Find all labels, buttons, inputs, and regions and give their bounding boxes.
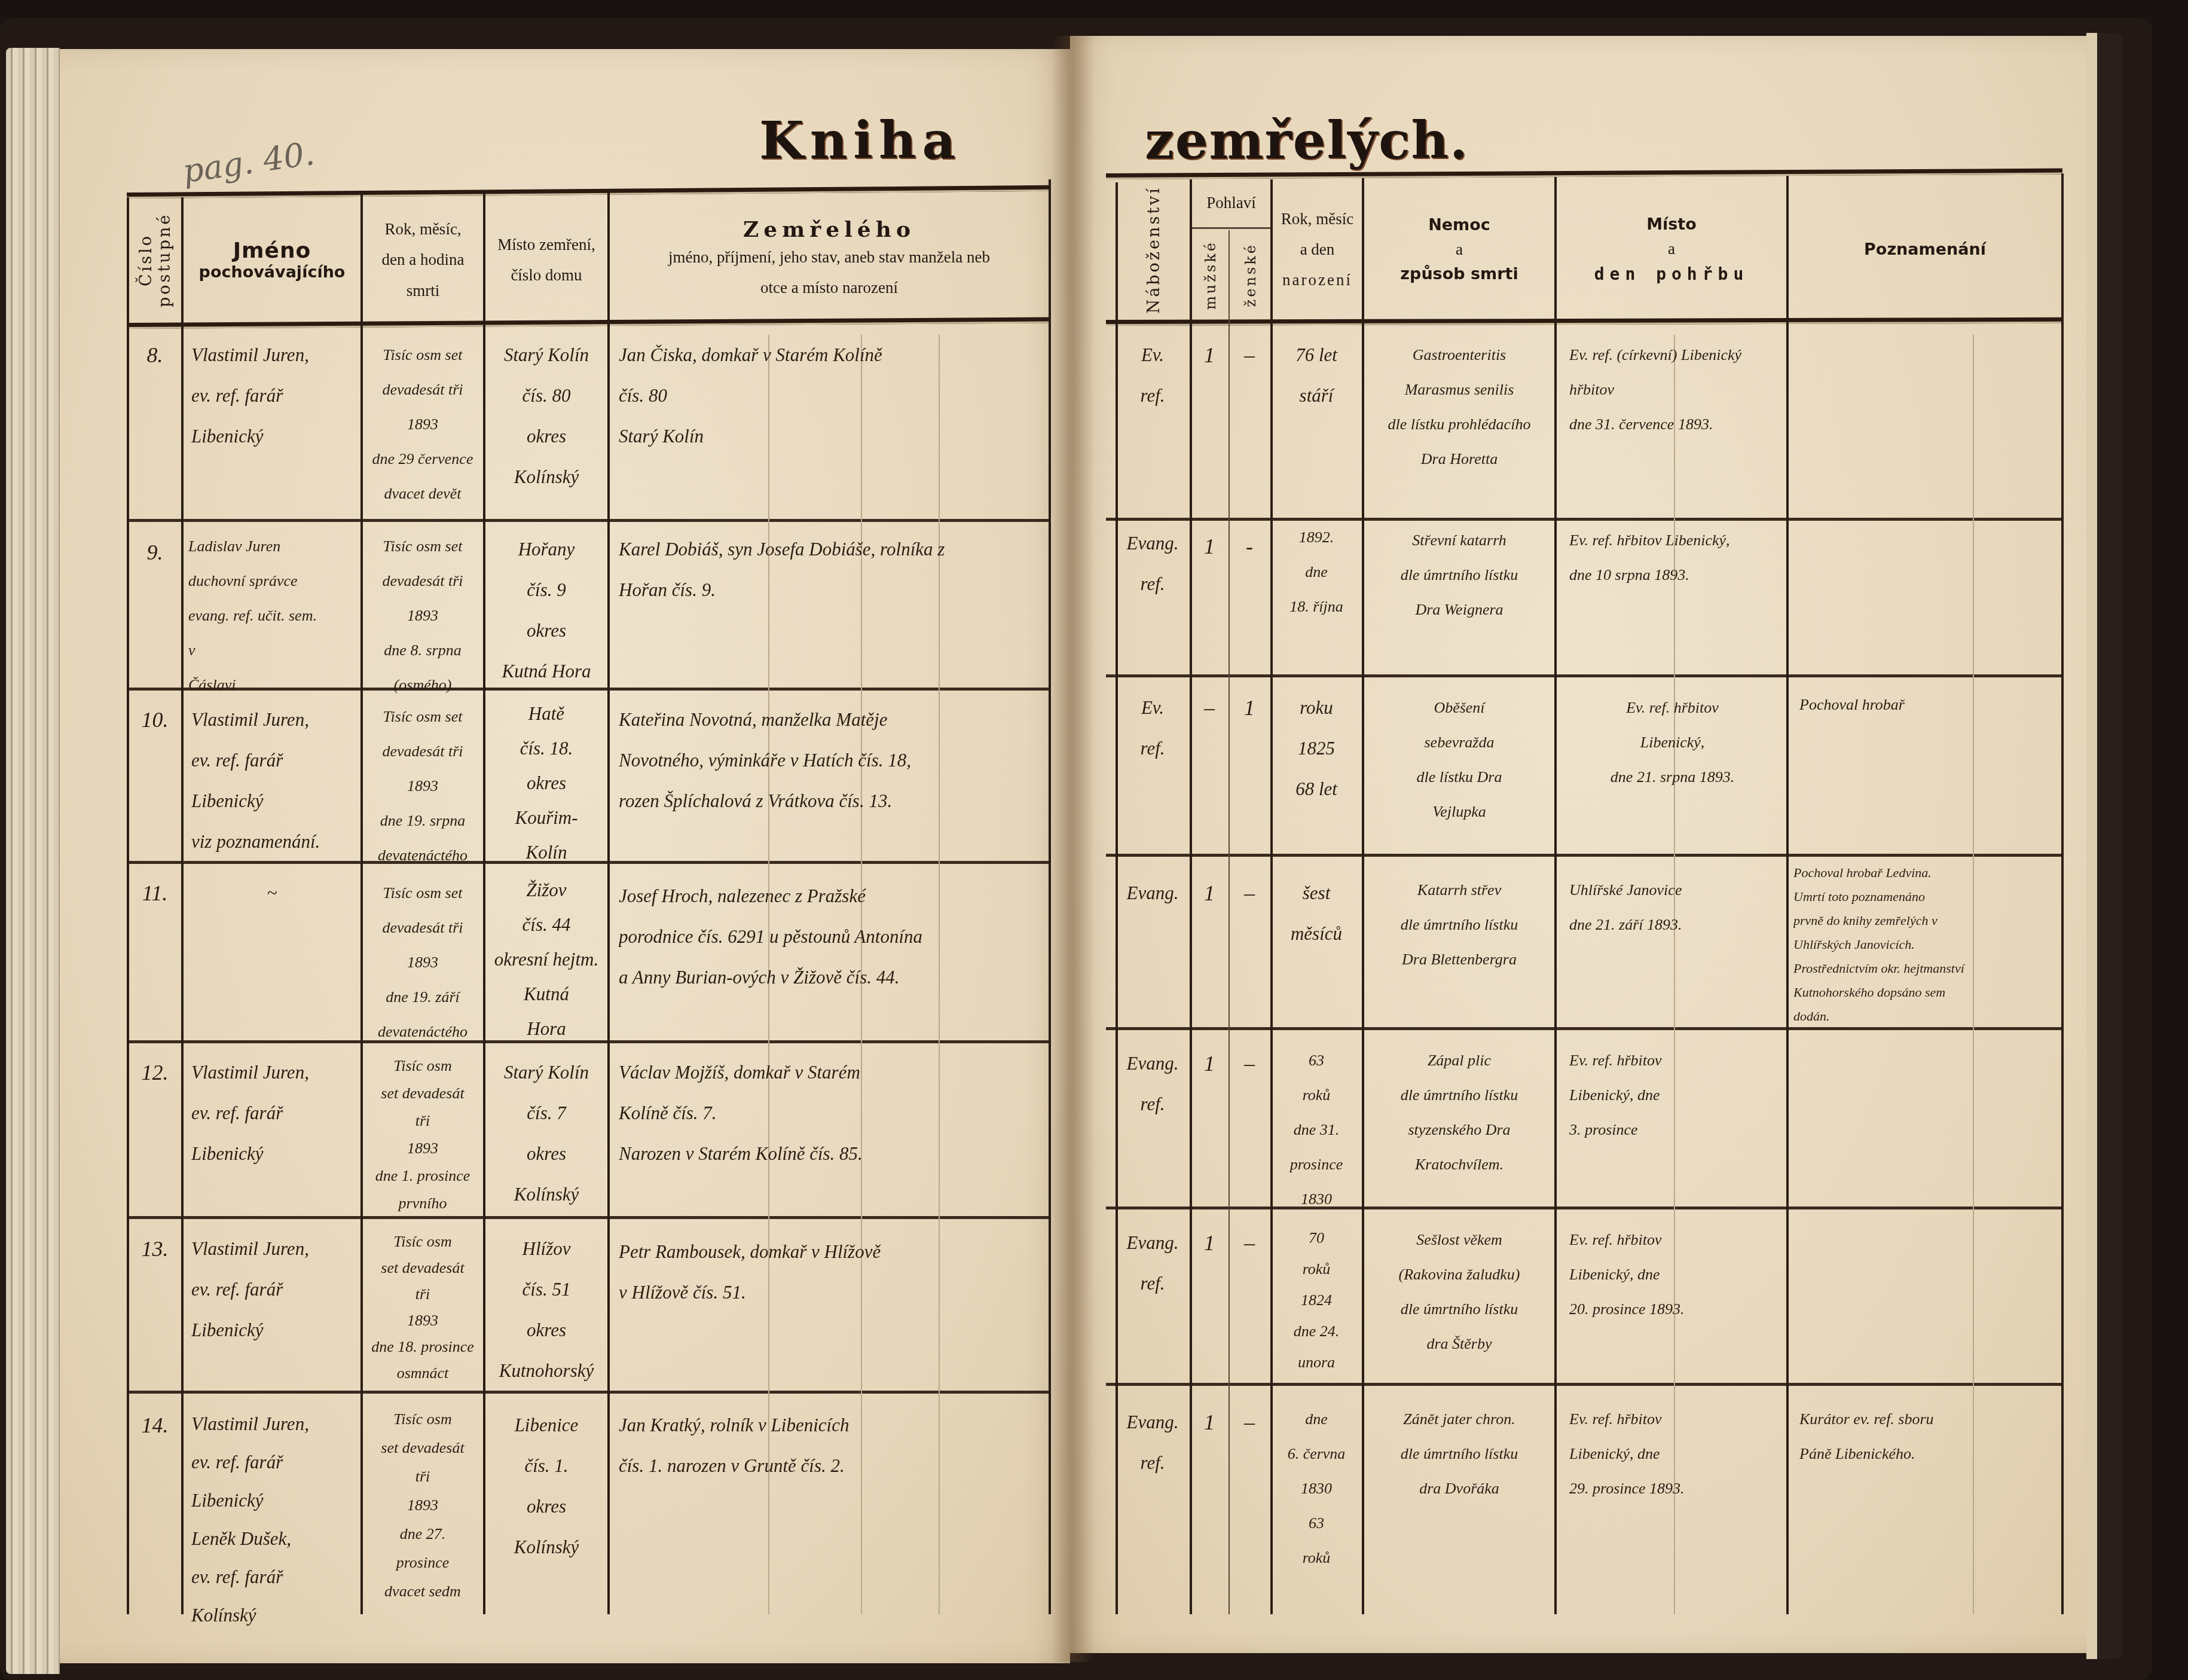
entry-male: 1	[1191, 1402, 1228, 1443]
entry-female: –	[1230, 1223, 1269, 1263]
header-misto-a: a	[1668, 234, 1675, 264]
header-zemreleho-2: otce a místo narození	[760, 273, 898, 303]
header-zemreleho: Zemřelého jméno, příjmení, jeho stav, an…	[610, 197, 1049, 323]
header-rok-3: smrti	[407, 276, 440, 306]
header-zemreleho-title: Zemřelého	[743, 217, 915, 242]
entry-male: 1	[1191, 526, 1228, 567]
entry-burial: Uhlířské Janovice dne 21. září 1893.	[1569, 873, 1784, 942]
header-datum-smrti: Rok, měsíc, den a hodina smrti	[363, 197, 483, 323]
entry-officiant: Vlastimil Juren, ev. ref. farář Libenick…	[191, 1052, 362, 1174]
entry-male: 1	[1191, 1043, 1228, 1084]
entry-burial: Ev. ref. hřbitov Libenický, dne 29. pros…	[1569, 1402, 1784, 1506]
header-jmeno-title: Jméno	[233, 239, 311, 263]
header-zenske-label: ženské	[1242, 243, 1259, 307]
entry-deceased: Václav Mojžíš, domkař v Starém Kolíně čí…	[619, 1052, 1046, 1174]
header-poznamenani-label: Poznamenání	[1864, 240, 1986, 259]
entry-remarks: Pochoval hrobař	[1799, 688, 2059, 722]
header-muzske: mužské	[1192, 230, 1229, 320]
entry-male: 1	[1191, 1223, 1228, 1263]
entry-death-date: Tisíc osm set devadesát tři 1893 dne 19.…	[363, 876, 482, 1049]
entry-death-date: Tisíc osm set devadesát tři 1893 dne 1. …	[363, 1052, 482, 1217]
entry-religion: Evang. ref.	[1117, 1043, 1188, 1125]
entry-deceased: Karel Dobiáš, syn Josefa Dobiáše, rolník…	[619, 529, 1046, 610]
entry-number: 12.	[129, 1052, 181, 1093]
entry-number: 14.	[129, 1405, 181, 1446]
entry-death-date: Tisíc osm set devadesát tři 1893 dne 29 …	[363, 338, 482, 511]
header-pohlavi: Pohlaví	[1192, 179, 1270, 227]
entry-deceased: Jan Kratký, rolník v Libenicích čís. 1. …	[619, 1405, 1046, 1486]
entry-female: –	[1230, 1402, 1269, 1443]
entry-death-date: Tisíc osm set devadesát tři 1893 dne 18.…	[363, 1229, 482, 1386]
page-stack-right-edge	[2086, 33, 2122, 1659]
header-nemoc-sub: způsob smrti	[1400, 265, 1518, 283]
entry-male: 1	[1191, 873, 1228, 914]
entry-birth-date: dne 6. června 1830 63 roků	[1272, 1402, 1361, 1575]
entry-female: –	[1230, 1043, 1269, 1084]
header-nabozenstvi: Náboženství	[1118, 179, 1190, 320]
entry-death-date: Tisíc osm set devadesát tři 1893 dne 27.…	[363, 1405, 482, 1606]
header-rok-narozeni-1: Rok, měsíc	[1281, 204, 1354, 234]
entry-burial: Ev. ref. (církevní) Libenický hřbitov dn…	[1569, 338, 1784, 442]
header-zemreleho-1: jméno, příjmení, jeho stav, aneb stav ma…	[668, 242, 990, 273]
entry-deceased: Kateřina Novotná, manželka Matěje Novotn…	[619, 700, 1046, 821]
page-stack-left-edge	[6, 48, 60, 1674]
entry-deceased: Josef Hroch, nalezenec z Pražské porodni…	[619, 876, 1046, 998]
entry-death-place: Starý Kolín čís. 7 okres Kolínský	[485, 1052, 607, 1215]
entry-officiant: Ladislav Juren duchovní správce evang. r…	[188, 529, 360, 702]
entry-death-place: Hořany čís. 9 okres Kutná Hora	[485, 529, 607, 692]
book-gutter	[1052, 36, 1094, 1662]
entry-disease: Zápal plic dle úmrtního lístku styzenské…	[1364, 1043, 1554, 1182]
header-nemoc: Nemoc a způsob smrti	[1364, 179, 1554, 320]
header-pohlavi-label: Pohlaví	[1206, 188, 1256, 218]
entry-disease: Oběšení sebevražda dle lístku Dra Vejlup…	[1364, 691, 1554, 829]
entry-number: 8.	[129, 335, 181, 375]
title-kniha: Kniha	[759, 111, 961, 171]
entry-birth-date: 70 roků 1824 dne 24. unora	[1272, 1223, 1361, 1378]
header-cislo-postupne: Číslo postupné	[129, 197, 181, 323]
entry-birth-date: 1892. dne 18. října	[1272, 520, 1361, 624]
entry-death-place: Hlížov čís. 51 okres Kutnohorský	[485, 1229, 607, 1391]
header-rok-2: den a hodina	[382, 245, 465, 275]
header-muzske-label: mužské	[1202, 240, 1219, 310]
entry-female: –	[1230, 335, 1269, 375]
entry-religion: Ev. ref.	[1117, 335, 1188, 416]
header-misto-zemreni: Místo zemření, číslo domu	[485, 197, 607, 323]
entry-officiant: Vlastimil Juren, ev. ref. farář Libenick…	[191, 1229, 362, 1351]
entry-number: 13.	[129, 1229, 181, 1269]
entry-disease: Střevní katarrh dle úmrtního lístku Dra …	[1364, 523, 1554, 627]
header-misto-1: Místo zemření,	[497, 230, 595, 260]
header-rok-narozeni-3: narození	[1282, 265, 1352, 295]
header-misto-sub: den pohřbu	[1594, 264, 1749, 284]
entry-burial: Ev. ref. hřbitov Libenický, dne 21. srpn…	[1560, 691, 1784, 795]
entry-burial: Ev. ref. hřbitov Libenický, dne 20. pros…	[1569, 1223, 1784, 1327]
entry-birth-date: šest měsíců	[1272, 873, 1361, 954]
entry-remarks: Pochoval hrobař Ledvina. Umrtí toto pozn…	[1793, 861, 2059, 1028]
header-jmeno-sub: pochovávajícího	[199, 263, 346, 282]
entry-death-place: Hatě čís. 18. okres Kouřim- Kolín	[485, 697, 607, 870]
entry-number: 10.	[129, 700, 181, 740]
entry-officiant: ~	[185, 873, 359, 914]
entry-officiant: Vlastimil Juren, ev. ref. farář Libenick…	[191, 335, 362, 457]
header-poznamenani: Poznamenání	[1789, 179, 2061, 320]
entry-deceased: Jan Čiska, domkař v Starém Kolíně čís. 8…	[619, 335, 1046, 457]
entry-deceased: Petr Rambousek, domkař v Hlížově v Hlížo…	[619, 1232, 1046, 1313]
entry-death-date: Tisíc osm set devadesát tři 1893 dne 19.…	[363, 700, 482, 873]
entry-number: 11.	[129, 873, 181, 914]
entry-disease: Katarrh střev dle úmrtního lístku Dra Bl…	[1364, 873, 1554, 977]
entry-religion: Evang.	[1117, 873, 1188, 914]
entry-death-place: Starý Kolín čís. 80 okres Kolínský	[485, 335, 607, 497]
entry-number: 9.	[129, 532, 181, 573]
entry-death-place: Libenice čís. 1. okres Kolínský	[485, 1405, 607, 1568]
entry-officiant: Vlastimil Juren, ev. ref. farář Libenick…	[191, 700, 362, 862]
entry-disease: Gastroenteritis Marasmus senilis dle lís…	[1364, 338, 1554, 476]
header-misto-2: číslo domu	[511, 260, 582, 291]
header-misto-pohrbu: Místo a den pohřbu	[1557, 179, 1786, 320]
entry-birth-date: 76 let stáří	[1272, 335, 1361, 416]
entry-religion: Evang. ref.	[1117, 1402, 1188, 1483]
header-jmeno-pochovavajiciho: Jméno pochovávajícího	[184, 197, 360, 323]
entry-death-place: Žižov čís. 44 okresní hejtm. Kutná Hora	[485, 873, 607, 1046]
entry-religion: Evang. ref.	[1117, 523, 1188, 604]
entry-burial: Ev. ref. hřbitov Libenický, dne 3. prosi…	[1569, 1043, 1784, 1147]
header-rok-1: Rok, měsíc,	[384, 214, 461, 245]
entry-male: 1	[1191, 335, 1228, 375]
entry-death-date: Tisíc osm set devadesát tři 1893 dne 8. …	[363, 529, 482, 702]
entry-male: –	[1191, 688, 1228, 728]
entry-disease: Zánět jater chron. dle úmrtního lístku d…	[1364, 1402, 1554, 1506]
entry-disease: Sešlost věkem (Rakovina žaludku) dle úmr…	[1364, 1223, 1554, 1361]
header-cislo-label: Číslo postupné	[137, 197, 174, 323]
entry-religion: Ev. ref.	[1117, 688, 1188, 769]
entry-burial: Ev. ref. hřbitov Libenický, dne 10 srpna…	[1569, 523, 1784, 592]
entry-birth-date: roku 1825 68 let	[1272, 688, 1361, 810]
header-datum-narozeni: Rok, měsíc a den narození	[1273, 179, 1362, 320]
entry-female: -	[1230, 526, 1269, 567]
entry-female: 1	[1230, 688, 1269, 728]
title-zemrelych: zemřelých.	[1145, 111, 1469, 171]
entry-officiant: Vlastimil Juren, ev. ref. farář Libenick…	[191, 1405, 362, 1635]
entry-religion: Evang. ref.	[1117, 1223, 1188, 1304]
header-rok-narozeni-2: a den	[1300, 234, 1335, 265]
entry-birth-date: 63 roků dne 31. prosince 1830	[1272, 1043, 1361, 1217]
header-nabozenstvi-label: Náboženství	[1145, 186, 1163, 313]
entry-female: –	[1230, 873, 1269, 914]
header-zenske: ženské	[1231, 230, 1270, 320]
header-misto-title: Místo	[1646, 215, 1697, 234]
header-nemoc-a: a	[1456, 234, 1463, 265]
header-nemoc-title: Nemoc	[1428, 216, 1490, 234]
entry-remarks: Kurátor ev. ref. sboru Páně Libenického.	[1799, 1402, 2059, 1471]
